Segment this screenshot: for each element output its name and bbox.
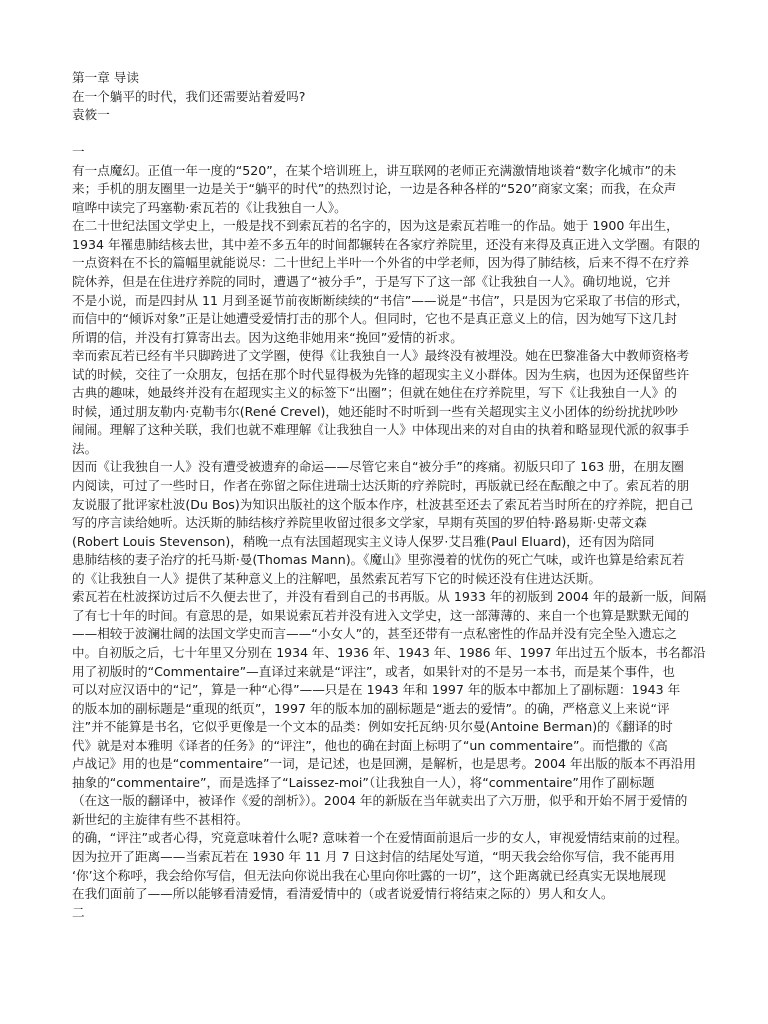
text-line: 在我们面前了——所以能够看清爱情，看清爱情中的（或者说爱情行将结束之际的）男人和… bbox=[72, 885, 706, 904]
text-line: 1934 年罹患肺结核去世，其中差不多五年的时间都辗转在各家疗养院里，还没有来得… bbox=[72, 236, 706, 255]
text-line: 的《让我独自一人》提供了某种意义上的注解吧，虽然索瓦若写下它的时候还没有住进达沃… bbox=[72, 570, 706, 589]
paragraph: 索瓦若在杜波探访过后不久便去世了，并没有看到自己的书再版。从 1933 年的初版… bbox=[72, 588, 706, 829]
text-line: 注”并不能算是书名，它似乎更像是一个文本的品类：例如安托瓦纳·贝尔曼(Antoi… bbox=[72, 718, 706, 737]
spacer bbox=[72, 125, 706, 144]
text-line: 写的序言读给她听。达沃斯的肺结核疗养院里收留过很多文学家，早期有英国的罗伯特·路… bbox=[72, 514, 706, 533]
text-line: 患肺结核的妻子治疗的托马斯·曼(Thomas Mann)。《魔山》里弥漫着的忧伤… bbox=[72, 551, 706, 570]
text-line: 在二十世纪法国文学史上，一般是找不到索瓦若的名字的，因为这是索瓦若唯一的作品。她… bbox=[72, 217, 706, 236]
text-line: 来；手机的朋友圈里一边是关于“躺平的时代”的热烈讨论，一边是各种各样的“520”… bbox=[72, 180, 706, 199]
text-line: 而信中的“倾诉对象”正是让她遭受爱情打击的那个人。但同时，它也不是真正意义上的信… bbox=[72, 310, 706, 329]
text-line: 闹闹。理解了这种关联，我们也就不难理解《让我独自一人》中体现出来的对自由的执着和… bbox=[72, 421, 706, 440]
chapter-heading: 第一章 导读 bbox=[72, 69, 706, 88]
text-line: （在这一版的翻译中，被译作《爱的剖析》）。2004 年的新版在当年就卖出了六万册… bbox=[72, 792, 706, 811]
paragraph: 在二十世纪法国文学史上，一般是找不到索瓦若的名字的，因为这是索瓦若唯一的作品。她… bbox=[72, 217, 706, 347]
text-line: 抽象的“commentaire”，而是选择了“Laissez-moi”（让我独自… bbox=[72, 774, 706, 793]
text-line: 卢战记》用的也是“commentaire”一词，是记述，也是回溯，是解析，也是思… bbox=[72, 755, 706, 774]
text-line: 古典的趣味，她最终并没有在超现实主义的标签下“出圈”；但就在她住在疗养院里，写下… bbox=[72, 384, 706, 403]
text-line: 时候，通过朋友勒内·克勒韦尔(René Crevel)，她还能时不时听到一些有关… bbox=[72, 403, 706, 422]
text-line: 的确，“评注”或者心得，究竟意味着什么呢? 意味着一个在爱情面前退后一步的女人，… bbox=[72, 829, 706, 848]
text-line: (Robert Louis Stevenson)，稍晚一点有法国超现实主义诗人保… bbox=[72, 533, 706, 552]
author-name: 袁筱一 bbox=[72, 106, 706, 125]
text-line: 因而《让我独自一人》没有遭受被遗弃的命运——尽管它来自“被分手”的疼痛。初版只印… bbox=[72, 458, 706, 477]
section-marker-1: 一 bbox=[72, 143, 706, 162]
section-marker-2: 二 bbox=[72, 904, 706, 923]
text-line: 一点资料在不长的篇幅里就能说尽：二十世纪上半叶一个外省的中学老师，因为得了肺结核… bbox=[72, 254, 706, 273]
paragraph: 因而《让我独自一人》没有遭受被遗弃的命运——尽管它来自“被分手”的疼痛。初版只印… bbox=[72, 458, 706, 588]
text-line: ‘你’这个称呼，我会给你写信，但无法向你说出我在心里向你吐露的一切”，这个距离就… bbox=[72, 867, 706, 886]
paragraph: 的确，“评注”或者心得，究竟意味着什么呢? 意味着一个在爱情面前退后一步的女人，… bbox=[72, 829, 706, 903]
text-line: 所谓的信，并没有打算寄出去。因为这绝非她用来“挽回”爱情的祈求。 bbox=[72, 329, 706, 348]
text-line: 代》就是对本雅明《译者的任务》的“评注”，他也的确在封面上标明了“un comm… bbox=[72, 737, 706, 756]
text-line: 新世纪的主旋律有些不甚相符。 bbox=[72, 811, 706, 830]
text-line: 法。 bbox=[72, 440, 706, 459]
text-line: 内阅读，可过了一些时日，作者在弥留之际住进瑞士达沃斯的疗养院时，再版就已经在酝酿… bbox=[72, 477, 706, 496]
chapter-title: 在一个躺平的时代，我们还需要站着爱吗? bbox=[72, 88, 706, 107]
paragraph: 幸而索瓦若已经有半只脚跨进了文学圈，使得《让我独自一人》最终没有被埋没。她在巴黎… bbox=[72, 347, 706, 458]
text-line: 有一点魔幻。正值一年一度的“520”，在某个培训班上，讲互联网的老师正充满激情地… bbox=[72, 162, 706, 181]
text-line: 因为拉开了距离——当索瓦若在 1930 年 11 月 7 日这封信的结尾处写道，… bbox=[72, 848, 706, 867]
text-line: 喧哗中读完了玛塞勒·索瓦若的《让我独自一人》。 bbox=[72, 199, 706, 218]
document-page: 第一章 导读 在一个躺平的时代，我们还需要站着爱吗? 袁筱一 一 有一点魔幻。正… bbox=[72, 69, 706, 922]
text-line: 友说服了批评家杜波(Du Bos)为知识出版社的这个版本作序，杜波甚至还去了索瓦… bbox=[72, 496, 706, 515]
text-line: 的版本加的副标题是“重现的纸页”，1997 年的版本加的副标题是“逝去的爱情”。… bbox=[72, 700, 706, 719]
text-line: 用了初版时的“Commentaire”—直译过来就是“评注”，或者，如果针对的不… bbox=[72, 663, 706, 682]
text-line: 试的时候，交往了一众朋友，包括在那个时代显得极为先锋的超现实主义小群体。因为生病… bbox=[72, 366, 706, 385]
section-1-body: 有一点魔幻。正值一年一度的“520”，在某个培训班上，讲互联网的老师正充满激情地… bbox=[72, 162, 706, 904]
text-line: 不是小说，而是四封从 11 月到圣诞节前夜断断续续的“书信”——说是“书信”，只… bbox=[72, 292, 706, 311]
text-line: 索瓦若在杜波探访过后不久便去世了，并没有看到自己的书再版。从 1933 年的初版… bbox=[72, 588, 706, 607]
text-line: 幸而索瓦若已经有半只脚跨进了文学圈，使得《让我独自一人》最终没有被埋没。她在巴黎… bbox=[72, 347, 706, 366]
text-line: 中。自初版之后，七十年里又分别在 1934 年、1936 年、1943 年、19… bbox=[72, 644, 702, 663]
text-line: 院休养，但是在住进疗养院的同时，遭遇了“被分手”，于是写下了这一部《让我独自一人… bbox=[72, 273, 706, 292]
text-line: ——相较于波澜壮阔的法国文学史而言——“小女人”的，甚至还带有一点私密性的作品并… bbox=[72, 625, 706, 644]
text-line: 了有七十年的时间。有意思的是，如果说索瓦若并没有进入文学史，这一部薄薄的、来自一… bbox=[72, 607, 706, 626]
text-line: 可以对应汉语中的“记”，算是一种“心得”——只是在 1943 年和 1997 年… bbox=[72, 681, 706, 700]
paragraph: 有一点魔幻。正值一年一度的“520”，在某个培训班上，讲互联网的老师正充满激情地… bbox=[72, 162, 706, 218]
